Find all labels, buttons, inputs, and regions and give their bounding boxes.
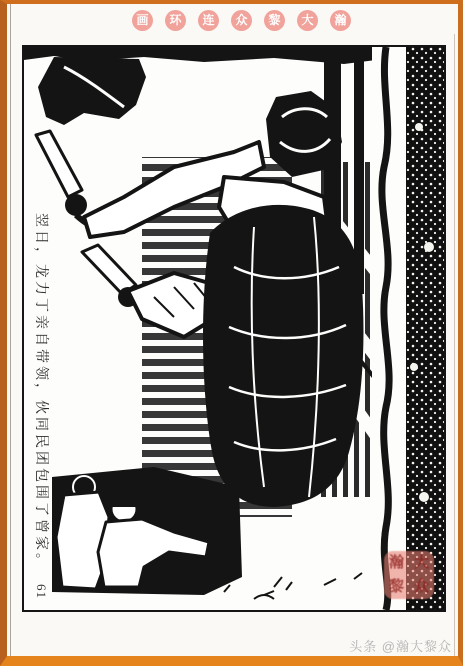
stamp-circle: 瀚: [330, 10, 351, 31]
scanned-comic-page: 画 环 连 众 黎 大 瀚: [0, 0, 463, 666]
seal-character: 大: [414, 556, 429, 571]
collector-seal: 瀚 大 黎 众: [384, 551, 434, 599]
right-edge-channel: [372, 47, 406, 610]
stamp-circle: 大: [297, 10, 318, 31]
seal-character: 众: [414, 580, 429, 595]
seal-character: 黎: [389, 580, 404, 595]
caption-text-rotated: 翌日，龙力丁亲自带领，伙同民团包围了曾家。61: [31, 213, 50, 599]
speckled-ground-strip: [406, 47, 444, 610]
watermark-text: 头条 @瀚大黎众: [349, 636, 452, 655]
seal-character: 瀚: [389, 556, 404, 571]
bottom-left-figures: [52, 467, 242, 595]
stamp-circle: 环: [165, 10, 186, 31]
stamp-circle: 画: [132, 10, 153, 31]
stamp-circle: 黎: [264, 10, 285, 31]
page-edge-line: [454, 34, 455, 656]
page-number: 61: [34, 584, 49, 599]
illustration-frame: 翌日，龙力丁亲自带领，伙同民团包围了曾家。61 瀚 大 黎 众: [22, 45, 446, 612]
header-stamp-row: 画 环 连 众 黎 大 瀚: [132, 10, 351, 31]
woodcut-illustration: [24, 47, 444, 610]
stamp-circle: 连: [198, 10, 219, 31]
stamp-circle: 众: [231, 10, 252, 31]
page-edge-line: [10, 4, 11, 656]
caption-text: 翌日，龙力丁亲自带领，伙同民团包围了曾家。: [33, 213, 48, 570]
